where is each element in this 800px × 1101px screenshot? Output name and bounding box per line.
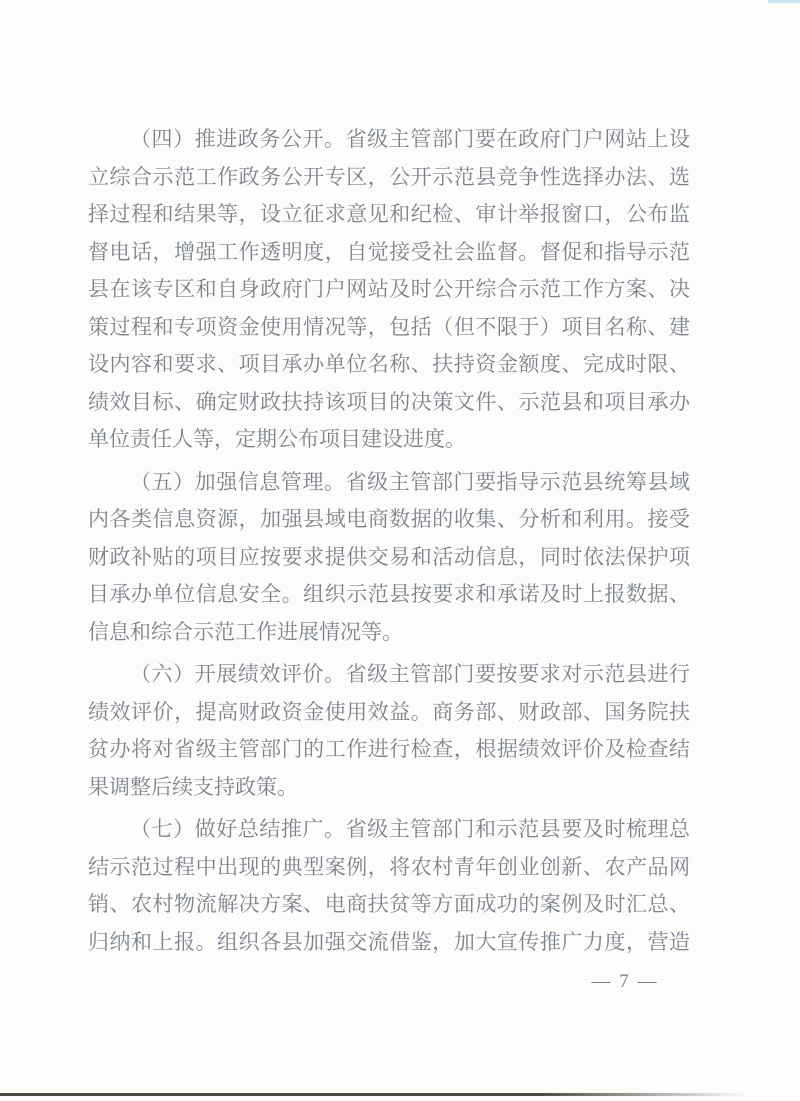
document-body: （四）推进政务公开。省级主管部门要在政府门户网站上设立综合示范工作政务公开专区，… bbox=[88, 121, 690, 966]
text-line: 贫办将对省级主管部门的工作进行检查，根据绩效评价及检查结 bbox=[88, 731, 690, 769]
page-number: — 7 — bbox=[560, 971, 690, 993]
scanned-document-page: （四）推进政务公开。省级主管部门要在政府门户网站上设立综合示范工作政务公开专区，… bbox=[0, 0, 800, 1101]
text-line: 信息和综合示范工作进展情况等。 bbox=[88, 614, 690, 652]
text-line: 设内容和要求、项目承办单位名称、扶持资金额度、完成时限、 bbox=[88, 346, 690, 384]
text-line: 立综合示范工作政务公开专区，公开示范县竞争性选择办法、选 bbox=[88, 159, 690, 197]
text-line: 内各类信息资源，加强县域电商数据的收集、分析和利用。接受 bbox=[88, 501, 690, 539]
paragraph-liu: （六）开展绩效评价。省级主管部门要按要求对示范县进行绩效评价，提高财政资金使用效… bbox=[88, 656, 690, 806]
text-line: 销、农村物流解决方案、电商扶贫等方面成功的案例及时汇总、 bbox=[88, 886, 690, 924]
text-line: 果调整后续支持政策。 bbox=[88, 769, 690, 807]
paragraph-qi: （七）做好总结推广。省级主管部门和示范县要及时梳理总结示范过程中出现的典型案例，… bbox=[88, 811, 690, 961]
text-line: 单位责任人等，定期公布项目建设进度。 bbox=[88, 421, 690, 459]
text-line: 择过程和结果等，设立征求意见和纪检、审计举报窗口，公布监 bbox=[88, 196, 690, 234]
text-line: 督电话，增强工作透明度，自觉接受社会监督。督促和指导示范 bbox=[88, 234, 690, 272]
text-line: （五）加强信息管理。省级主管部门要指导示范县统筹县域 bbox=[88, 464, 690, 502]
text-line: 结示范过程中出现的典型案例，将农村青年创业创新、农产品网 bbox=[88, 849, 690, 887]
text-line: 绩效评价，提高财政资金使用效益。商务部、财政部、国务院扶 bbox=[88, 694, 690, 732]
scan-artifact-top-right bbox=[768, 0, 800, 3]
text-line: 归纳和上报。组织各县加强交流借鉴，加大宣传推广力度，营造 bbox=[88, 924, 690, 962]
text-line: （七）做好总结推广。省级主管部门和示范县要及时梳理总 bbox=[88, 811, 690, 849]
paragraph-si: （四）推进政务公开。省级主管部门要在政府门户网站上设立综合示范工作政务公开专区，… bbox=[88, 121, 690, 459]
text-line: 策过程和专项资金使用情况等，包括（但不限于）项目名称、建 bbox=[88, 309, 690, 347]
text-line: 财政补贴的项目应按要求提供交易和活动信息，同时依法保护项 bbox=[88, 539, 690, 577]
paragraph-wu: （五）加强信息管理。省级主管部门要指导示范县统筹县域内各类信息资源，加强县域电商… bbox=[88, 464, 690, 652]
text-line: （六）开展绩效评价。省级主管部门要按要求对示范县进行 bbox=[88, 656, 690, 694]
text-line: 绩效目标、确定财政扶持该项目的决策文件、示范县和项目承办 bbox=[88, 384, 690, 422]
scan-artifact-bottom-line bbox=[0, 1093, 748, 1096]
text-line: 目承办单位信息安全。组织示范县按要求和承诺及时上报数据、 bbox=[88, 576, 690, 614]
text-line: 县在该专区和自身政府门户网站及时公开综合示范工作方案、决 bbox=[88, 271, 690, 309]
text-line: （四）推进政务公开。省级主管部门要在政府门户网站上设 bbox=[88, 121, 690, 159]
